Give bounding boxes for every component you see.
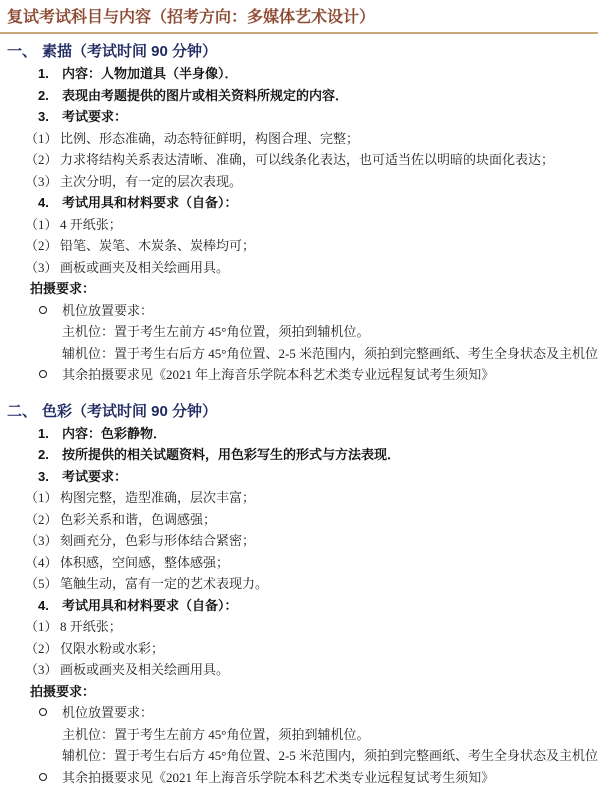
numbered-item: 3.考试要求：: [0, 466, 598, 488]
item-text: 考试要求：: [62, 469, 127, 484]
item-text: 内容：人物加道具（半身像）．: [62, 66, 238, 81]
item-marker: （5）: [25, 573, 58, 595]
sub-point-item: （3）刻画充分，色彩与形体结合紧密；: [0, 530, 598, 552]
item-text: 构图完整，造型准确，层次丰富；: [60, 490, 255, 505]
item-marker: 2.: [38, 444, 49, 466]
item-text: 辅机位：置于考生右后方 45°角位置、2-5 米范围内，须拍到完整画纸、考生全身…: [62, 748, 598, 763]
item-marker: （3）: [25, 171, 58, 193]
bullet-item: 机位放置要求：: [0, 702, 598, 724]
item-text: 画板或画夹及相关绘画用具。: [60, 662, 229, 677]
item-text: 体积感，空间感，整体感强；: [60, 555, 229, 570]
item-text: 刻画充分，色彩与形体结合紧密；: [60, 533, 255, 548]
item-text: 笔触生动，富有一定的艺术表现力。: [60, 576, 268, 591]
sub-point-item: （1）4 开纸张；: [0, 214, 598, 236]
section-heading: 二、色彩（考试时间 90 分钟）: [0, 400, 598, 423]
section-number: 一、: [7, 40, 37, 63]
item-text: 内容：色彩静物．: [62, 426, 166, 441]
bullet-item: 其余拍摄要求见《2021 年上海音乐学院本科艺术类专业远程复试考生须知》: [0, 364, 598, 386]
item-marker: （2）: [25, 235, 58, 257]
item-marker: 1.: [38, 63, 49, 85]
item-marker: （1）: [25, 616, 58, 638]
bullet-item: 其余拍摄要求见《2021 年上海音乐学院本科艺术类专业远程复试考生须知》: [0, 767, 598, 789]
sub-point-item: （4）体积感，空间感，整体感强；: [0, 552, 598, 574]
item-text: 考试用具和材料要求（自备）：: [62, 195, 238, 210]
document-title: 复试考试科目与内容（招考方向：多媒体艺术设计）: [7, 8, 598, 28]
circle-bullet-icon: [39, 708, 47, 716]
circle-bullet-icon: [39, 773, 47, 781]
sub-point-item: （2）色彩关系和谐，色调感强；: [0, 509, 598, 531]
sub-point-item: （1）8 开纸张；: [0, 616, 598, 638]
item-marker: （2）: [25, 149, 58, 171]
shooting-requirements-label: 拍摄要求：: [0, 278, 598, 300]
item-text: 画板或画夹及相关绘画用具。: [60, 260, 229, 275]
item-text: 4 开纸张；: [60, 217, 122, 232]
section-title: 素描（考试时间 90 分钟）: [42, 43, 217, 60]
item-text: 拍摄要求：: [30, 684, 95, 699]
item-text: 其余拍摄要求见《2021 年上海音乐学院本科艺术类专业远程复试考生须知》: [62, 770, 494, 785]
item-text: 其余拍摄要求见《2021 年上海音乐学院本科艺术类专业远程复试考生须知》: [62, 367, 494, 382]
bullet-item: 机位放置要求：: [0, 300, 598, 322]
sub-point-item: （1）比例、形态准确，动态特征鲜明，构图合理、完整；: [0, 128, 598, 150]
title-rule: [0, 32, 598, 34]
sub-point-item: （2）仅限水粉或水彩；: [0, 638, 598, 660]
item-text: 主机位：置于考生左前方 45°角位置，须拍到辅机位。: [62, 324, 369, 339]
document-page: 复试考试科目与内容（招考方向：多媒体艺术设计） 一、素描（考试时间 90 分钟）…: [0, 0, 598, 790]
item-marker: （3）: [25, 257, 58, 279]
sub-point-item: （1）构图完整，造型准确，层次丰富；: [0, 487, 598, 509]
item-text: 主机位：置于考生左前方 45°角位置，须拍到辅机位。: [62, 727, 369, 742]
item-marker: （4）: [25, 552, 58, 574]
item-text: 仅限水粉或水彩；: [60, 641, 164, 656]
item-marker: 3.: [38, 466, 49, 488]
item-marker: （3）: [25, 659, 58, 681]
item-marker: （1）: [25, 128, 58, 150]
circle-bullet-icon: [39, 306, 47, 314]
sub-point-item: （2）力求将结构关系表达清晰、准确，可以线条化表达，也可适当佐以明暗的块面化表达…: [0, 149, 598, 171]
item-text: 表现由考题提供的图片或相关资料所规定的内容．: [62, 88, 348, 103]
item-marker: （2）: [25, 509, 58, 531]
section-number: 二、: [7, 400, 37, 423]
shooting-requirements-label: 拍摄要求：: [0, 681, 598, 703]
item-text: 色彩关系和谐，色调感强；: [60, 512, 216, 527]
item-marker: 2.: [38, 85, 49, 107]
item-marker: （1）: [25, 487, 58, 509]
numbered-item: 2.表现由考题提供的图片或相关资料所规定的内容．: [0, 85, 598, 107]
item-marker: （3）: [25, 530, 58, 552]
item-text: 8 开纸张；: [60, 619, 122, 634]
item-marker: （2）: [25, 638, 58, 660]
item-marker: 3.: [38, 106, 49, 128]
numbered-item: 1.内容：人物加道具（半身像）．: [0, 63, 598, 85]
item-text: 机位放置要求：: [62, 303, 153, 318]
sub-point-item: （3）画板或画夹及相关绘画用具。: [0, 257, 598, 279]
item-text: 考试用具和材料要求（自备）：: [62, 598, 238, 613]
item-text: 力求将结构关系表达清晰、准确，可以线条化表达，也可适当佐以明暗的块面化表达；: [60, 152, 554, 167]
item-text: 拍摄要求：: [30, 281, 95, 296]
camera-position-detail: 主机位：置于考生左前方 45°角位置，须拍到辅机位。: [0, 724, 598, 746]
camera-position-detail: 辅机位：置于考生右后方 45°角位置、2-5 米范围内，须拍到完整画纸、考生全身…: [0, 343, 598, 365]
section-heading: 一、素描（考试时间 90 分钟）: [0, 40, 598, 63]
camera-position-detail: 主机位：置于考生左前方 45°角位置，须拍到辅机位。: [0, 321, 598, 343]
sub-point-item: （5）笔触生动，富有一定的艺术表现力。: [0, 573, 598, 595]
numbered-item: 3.考试要求：: [0, 106, 598, 128]
exam-section-1: 一、素描（考试时间 90 分钟）1.内容：人物加道具（半身像）．2.表现由考题提…: [0, 40, 598, 386]
item-text: 比例、形态准确，动态特征鲜明，构图合理、完整；: [60, 131, 359, 146]
item-text: 机位放置要求：: [62, 705, 153, 720]
item-text: 主次分明，有一定的层次表现。: [60, 174, 242, 189]
sub-point-item: （3）主次分明，有一定的层次表现。: [0, 171, 598, 193]
numbered-item: 4.考试用具和材料要求（自备）：: [0, 595, 598, 617]
exam-section-2: 二、色彩（考试时间 90 分钟）1.内容：色彩静物．2.按所提供的相关试题资料，…: [0, 400, 598, 789]
sub-point-item: （2）铅笔、炭笔、木炭条、炭棒均可；: [0, 235, 598, 257]
item-text: 辅机位：置于考生右后方 45°角位置、2-5 米范围内，须拍到完整画纸、考生全身…: [62, 346, 598, 361]
numbered-item: 4.考试用具和材料要求（自备）：: [0, 192, 598, 214]
circle-bullet-icon: [39, 370, 47, 378]
sub-point-item: （3）画板或画夹及相关绘画用具。: [0, 659, 598, 681]
numbered-item: 1.内容：色彩静物．: [0, 423, 598, 445]
item-text: 考试要求：: [62, 109, 127, 124]
item-marker: （1）: [25, 214, 58, 236]
item-marker: 4.: [38, 595, 49, 617]
sections-container: 一、素描（考试时间 90 分钟）1.内容：人物加道具（半身像）．2.表现由考题提…: [0, 40, 598, 788]
item-text: 铅笔、炭笔、木炭条、炭棒均可；: [60, 238, 255, 253]
item-text: 按所提供的相关试题资料，用色彩写生的形式与方法表现．: [62, 447, 400, 462]
section-title: 色彩（考试时间 90 分钟）: [42, 403, 217, 420]
camera-position-detail: 辅机位：置于考生右后方 45°角位置、2-5 米范围内，须拍到完整画纸、考生全身…: [0, 745, 598, 767]
item-marker: 1.: [38, 423, 49, 445]
item-marker: 4.: [38, 192, 49, 214]
numbered-item: 2.按所提供的相关试题资料，用色彩写生的形式与方法表现．: [0, 444, 598, 466]
